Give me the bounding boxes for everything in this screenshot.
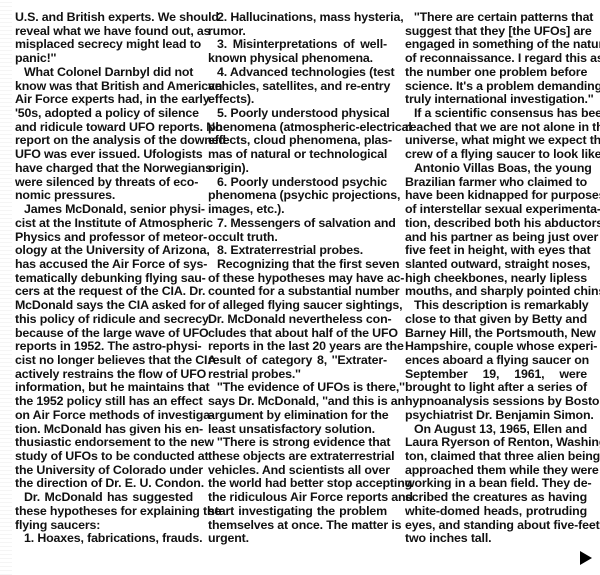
text-line: argument by elimination for the bbox=[208, 409, 387, 423]
text-line: UFO was ever issued. Ufologists bbox=[15, 148, 193, 162]
text-line: On August 13, 1965, Ellen and bbox=[405, 423, 587, 437]
text-line: 2. Hallucinations, mass hysteria, bbox=[208, 11, 387, 25]
text-line: 7. Messengers of salvation and bbox=[208, 217, 387, 231]
text-line: Antonio Villas Boas, the young bbox=[405, 162, 587, 176]
text-line: the University of Colorado under bbox=[15, 464, 193, 478]
text-line: know was that British and American bbox=[15, 80, 193, 94]
text-line: tion, described both his abductors bbox=[405, 217, 587, 231]
text-line: restrial probes.'' bbox=[208, 368, 387, 382]
text-line: September 19, 1961, were bbox=[405, 368, 587, 382]
text-line: hypnoanalysis sessions by Boston bbox=[405, 395, 587, 409]
text-line: known physical phenomena. bbox=[208, 52, 387, 66]
text-line: misplaced secrecy might lead to bbox=[15, 38, 193, 52]
text-line: Dr. McDonald has suggested bbox=[15, 491, 193, 505]
text-line: actively restrains the flow of UFO bbox=[15, 368, 193, 382]
text-line: science. It's a problem demanding bbox=[405, 80, 587, 94]
text-line: of reconnaissance. I regard this as bbox=[405, 52, 587, 66]
text-line: white-domed heads, protruding bbox=[405, 505, 587, 519]
text-line: vehicles. And scientists all over bbox=[208, 464, 387, 478]
text-line: 3. Misinterpretations of well- bbox=[208, 38, 387, 52]
text-line: If a scientific consensus has been bbox=[405, 107, 587, 121]
text-line: Dr. McDonald nevertheless con- bbox=[208, 313, 387, 327]
text-line: eyes, and standing about five-feet- bbox=[405, 519, 587, 533]
article-column-middle: 2. Hallucinations, mass hysteria,rumor.3… bbox=[208, 11, 387, 546]
text-line: were silenced by threats of eco- bbox=[15, 176, 193, 190]
text-line: U.S. and British experts. We should bbox=[15, 11, 193, 25]
text-line: urgent. bbox=[208, 532, 387, 546]
text-line: report on the analysis of the downed bbox=[15, 134, 193, 148]
text-line: five feet in height, with eyes that bbox=[405, 244, 587, 258]
text-line: scribed the creatures as having bbox=[405, 491, 587, 505]
text-line: psychiatrist Dr. Benjamin Simon. bbox=[405, 409, 587, 423]
text-line: James McDonald, senior physi- bbox=[15, 203, 193, 217]
text-line: least unsatisfactory solution. bbox=[208, 423, 387, 437]
text-line: vehicles, satellites, and re-entry bbox=[208, 80, 387, 94]
text-line: flying saucers: bbox=[15, 519, 193, 533]
text-line: reached that we are not alone in the bbox=[405, 121, 587, 135]
text-line: engaged in something of the nature bbox=[405, 38, 587, 52]
text-line: and ridicule toward UFO reports. No bbox=[15, 121, 193, 135]
text-line: suggest that they [the UFOs] are bbox=[405, 25, 587, 39]
text-line: the number one problem before bbox=[405, 66, 587, 80]
text-line: have been kidnapped for purposes bbox=[405, 189, 587, 203]
text-line: Brazilian farmer who claimed to bbox=[405, 176, 587, 190]
text-line: '50s, adopted a policy of silence bbox=[15, 107, 193, 121]
text-line: working in a bean field. They de- bbox=[405, 477, 587, 491]
text-line: ''There is strong evidence that bbox=[208, 436, 387, 450]
text-line: effects, cloud phenomena, plas- bbox=[208, 134, 387, 148]
article-column-left: U.S. and British experts. We shouldrevea… bbox=[15, 11, 193, 546]
text-line: approached them while they were bbox=[405, 464, 587, 478]
text-line: these objects are extraterrestrial bbox=[208, 450, 387, 464]
text-line: have charged that the Norwegians bbox=[15, 162, 193, 176]
text-line: of interstellar sexual experimenta- bbox=[405, 203, 587, 217]
text-line: nomic pressures. bbox=[15, 189, 193, 203]
text-line: effects). bbox=[208, 93, 387, 107]
text-line: cers at the request of the CIA. Dr. bbox=[15, 285, 193, 299]
text-line: 8. Extraterrestrial probes. bbox=[208, 244, 387, 258]
text-line: these hypotheses for explaining the bbox=[15, 505, 193, 519]
text-line: reveal what we have found out, as bbox=[15, 25, 193, 39]
text-line: reports in the last 20 years are the bbox=[208, 340, 387, 354]
next-page-arrow-icon[interactable] bbox=[580, 551, 592, 565]
text-line: mas of natural or technological bbox=[208, 148, 387, 162]
text-line: information, but he maintains that bbox=[15, 381, 193, 395]
text-line: has accused the Air Force of sys- bbox=[15, 258, 193, 272]
text-line: ''There are certain patterns that bbox=[405, 11, 587, 25]
text-line: Air Force experts had, in the early bbox=[15, 93, 193, 107]
text-line: reports in 1952. The astro-physi- bbox=[15, 340, 193, 354]
text-line: high cheekbones, nearly lipless bbox=[405, 272, 587, 286]
article-column-right: ''There are certain patterns thatsuggest… bbox=[405, 11, 587, 546]
text-line: themselves at once. The matter is bbox=[208, 519, 387, 533]
text-line: 5. Poorly understood physical bbox=[208, 107, 387, 121]
text-line: ences aboard a flying saucer on bbox=[405, 354, 587, 368]
text-line: the world had better stop accepting bbox=[208, 477, 387, 491]
text-line: slanted outward, straight noses, bbox=[405, 258, 587, 272]
text-line: says Dr. McDonald, ''and this is an bbox=[208, 395, 387, 409]
text-line: study of UFOs to be conducted at bbox=[15, 450, 193, 464]
text-line: images, etc.). bbox=[208, 203, 387, 217]
text-line: of alleged flying saucer sightings, bbox=[208, 299, 387, 313]
text-line: the ridiculous Air Force reports and bbox=[208, 491, 387, 505]
text-line: and his partner as being just over bbox=[405, 231, 587, 245]
text-line: phenomena (psychic projections, bbox=[208, 189, 387, 203]
text-line: 6. Poorly understood psychic bbox=[208, 176, 387, 190]
text-line: of these hypotheses may have ac- bbox=[208, 272, 387, 286]
text-line: cist no longer believes that the CIA bbox=[15, 354, 193, 368]
text-line: the direction of Dr. E. U. Condon. bbox=[15, 477, 193, 491]
text-line: ''The evidence of UFOs is there,'' bbox=[208, 381, 387, 395]
text-line: What Colonel Darnbyl did not bbox=[15, 66, 193, 80]
text-line: tematically debunking flying sau- bbox=[15, 272, 193, 286]
text-line: This description is remarkably bbox=[405, 299, 587, 313]
text-line: on Air Force methods of investiga- bbox=[15, 409, 193, 423]
text-line: tion. McDonald has given his en- bbox=[15, 423, 193, 437]
text-line: panic!'' bbox=[15, 52, 193, 66]
text-line: ton, claimed that three alien beings bbox=[405, 450, 587, 464]
text-line: because of the large wave of UFO bbox=[15, 327, 193, 341]
text-line: brought to light after a series of bbox=[405, 381, 587, 395]
text-line: the 1952 policy still has an effect bbox=[15, 395, 193, 409]
text-line: 4. Advanced technologies (test bbox=[208, 66, 387, 80]
text-line: two inches tall. bbox=[405, 532, 587, 546]
text-line: phenomena (atmospheric-electrical bbox=[208, 121, 387, 135]
text-line: Barney Hill, the Portsmouth, New bbox=[405, 327, 587, 341]
text-line: Hampshire, couple whose experi- bbox=[405, 340, 587, 354]
paper-texture bbox=[0, 0, 12, 575]
text-line: cludes that about half of the UFO bbox=[208, 327, 387, 341]
text-line: cist at the Institute of Atmospheric bbox=[15, 217, 193, 231]
text-line: rumor. bbox=[208, 25, 387, 39]
text-line: McDonald says the CIA asked for bbox=[15, 299, 193, 313]
text-line: occult truth. bbox=[208, 231, 387, 245]
text-line: origin). bbox=[208, 162, 387, 176]
text-line: truly international investigation.'' bbox=[405, 93, 587, 107]
text-line: close to that given by Betty and bbox=[405, 313, 587, 327]
text-line: Recognizing that the first seven bbox=[208, 258, 387, 272]
text-line: mouths, and sharply pointed chins. bbox=[405, 285, 587, 299]
magazine-page: U.S. and British experts. We shouldrevea… bbox=[0, 0, 600, 575]
text-line: counted for a substantial number bbox=[208, 285, 387, 299]
text-line: thusiastic endorsement to the new bbox=[15, 436, 193, 450]
text-line: Physics and professor of meteor- bbox=[15, 231, 193, 245]
text-line: ology at the University of Arizona, bbox=[15, 244, 193, 258]
text-line: 1. Hoaxes, fabrications, frauds. bbox=[15, 532, 193, 546]
text-line: start investigating the problem bbox=[208, 505, 387, 519]
text-line: result of category 8, ''Extrater- bbox=[208, 354, 387, 368]
text-line: universe, what might we expect the bbox=[405, 134, 587, 148]
text-line: crew of a flying saucer to look like? bbox=[405, 148, 587, 162]
text-line: this policy of ridicule and secrecy bbox=[15, 313, 193, 327]
text-line: Laura Ryerson of Renton, Washing- bbox=[405, 436, 587, 450]
